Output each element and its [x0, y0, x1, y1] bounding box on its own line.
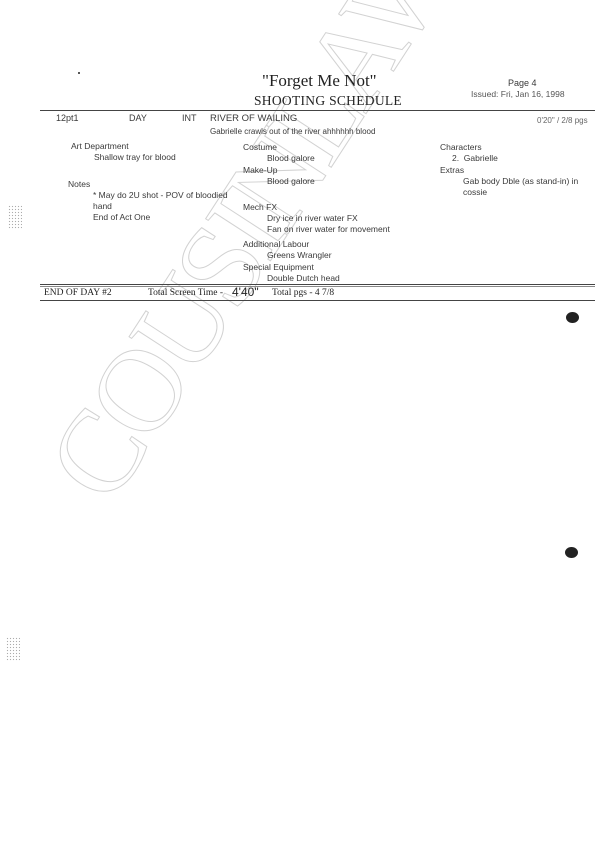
equipment-item: Double Dutch head — [267, 273, 340, 283]
document-title: "Forget Me Not" — [262, 71, 377, 91]
notes-label: Notes — [68, 179, 90, 189]
notes-item: End of Act One — [93, 212, 150, 222]
total-pages: Total pgs - 4 7/8 — [272, 288, 334, 298]
notes-item: hand — [93, 201, 112, 211]
scene-number: 12pt1 — [56, 113, 79, 123]
footer-top-rule-2 — [40, 286, 595, 287]
extras-label: Extras — [440, 165, 464, 175]
hole-punch-mark — [566, 312, 579, 323]
scene-time: DAY — [129, 113, 147, 123]
end-of-day: END OF DAY #2 — [44, 288, 112, 298]
mech-fx-item: Dry ice in river water FX — [267, 213, 358, 223]
scan-speckle — [6, 637, 20, 661]
issued-date: Issued: Fri, Jan 16, 1998 — [471, 89, 565, 99]
art-department-label: Art Department — [71, 141, 129, 151]
scene-description: Gabrielle crawls out of the river ahhhhh… — [210, 127, 375, 136]
mech-fx-item: Fan on river water for movement — [267, 224, 390, 234]
art-item: Shallow tray for blood — [94, 152, 176, 162]
labour-item: Greens Wrangler — [267, 250, 332, 260]
hole-punch-mark — [565, 547, 578, 558]
scene-int-ext: INT — [182, 113, 197, 123]
header-rule — [40, 110, 595, 111]
scan-speck — [78, 72, 80, 74]
additional-labour-label: Additional Labour — [243, 239, 309, 249]
mech-fx-label: Mech FX — [243, 202, 277, 212]
extras-item: Gab body Dble (as stand-in) in — [463, 176, 578, 186]
characters-label: Characters — [440, 142, 482, 152]
makeup-item: Blood galore — [267, 176, 315, 186]
special-equipment-label: Special Equipment — [243, 262, 314, 272]
scan-speckle — [8, 205, 22, 229]
scene-location: RIVER OF WAILING — [210, 113, 297, 124]
costume-label: Costume — [243, 142, 277, 152]
character-item: 2. Gabrielle — [452, 153, 498, 163]
page-number: Page 4 — [508, 78, 537, 88]
total-screen-time-value: 4'40" — [232, 285, 259, 299]
notes-item: * May do 2U shot - POV of bloodied — [93, 190, 228, 200]
makeup-label: Make-Up — [243, 165, 277, 175]
total-screen-time-label: Total Screen Time - — [148, 288, 223, 298]
costume-item: Blood galore — [267, 153, 315, 163]
footer-bottom-rule — [40, 300, 595, 301]
document-subtitle: SHOOTING SCHEDULE — [254, 93, 402, 109]
footer-top-rule — [40, 284, 595, 285]
scene-length: 0'20" / 2/8 pgs — [537, 116, 588, 125]
extras-item: cossie — [463, 187, 487, 197]
